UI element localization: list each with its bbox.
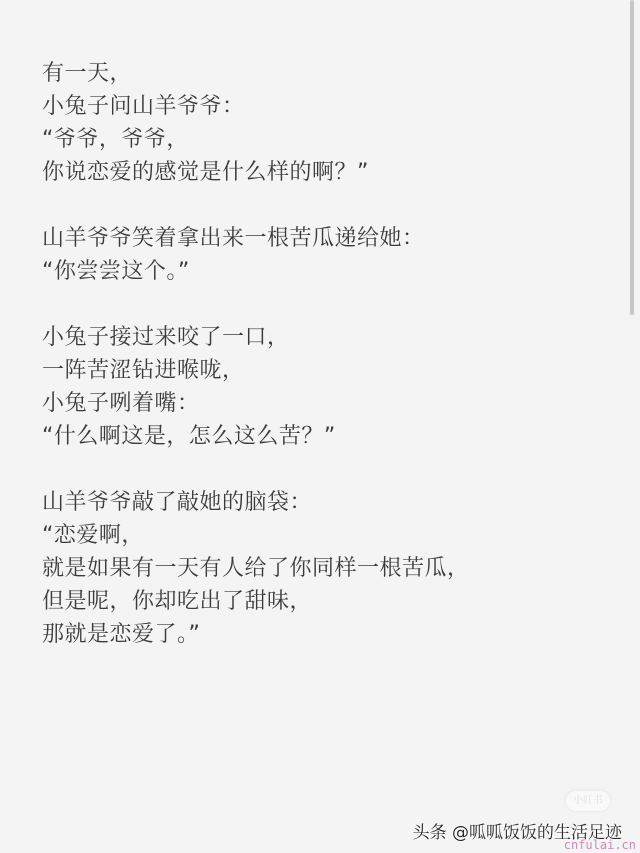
text-line: “你尝尝这个。” <box>42 255 620 288</box>
text-line: “爷爷，爷爷， <box>42 123 620 156</box>
text-line: 小兔子接过来咬了一口， <box>42 321 620 354</box>
text-line: “什么啊这是，怎么这么苦？” <box>42 420 620 453</box>
site-watermark: cnfulai.cn <box>564 838 636 852</box>
text-line: 就是如果有一天有人给了你同样一根苦瓜， <box>42 552 620 585</box>
story-text: 有一天， 小兔子问山羊爷爷： “爷爷，爷爷， 你说恋爱的感觉是什么样的啊？” 山… <box>42 57 620 684</box>
text-line: 小兔子问山羊爷爷： <box>42 90 620 123</box>
text-line: 有一天， <box>42 57 620 90</box>
app-watermark-badge: 小红书 <box>566 791 610 811</box>
paragraph-3: 小兔子接过来咬了一口， 一阵苦涩钻进喉咙， 小兔子咧着嘴： “什么啊这是，怎么这… <box>42 321 620 453</box>
note-page: 有一天， 小兔子问山羊爷爷： “爷爷，爷爷， 你说恋爱的感觉是什么样的啊？” 山… <box>0 0 640 853</box>
text-line: 山羊爷爷笑着拿出来一根苦瓜递给她： <box>42 222 620 255</box>
text-line: 小兔子咧着嘴： <box>42 387 620 420</box>
text-line: 你说恋爱的感觉是什么样的啊？” <box>42 156 620 189</box>
paragraph-2: 山羊爷爷笑着拿出来一根苦瓜递给她： “你尝尝这个。” <box>42 222 620 288</box>
text-line: 山羊爷爷敲了敲她的脑袋： <box>42 486 620 519</box>
text-line: 一阵苦涩钻进喉咙， <box>42 354 620 387</box>
text-line: 但是呢，你却吃出了甜味， <box>42 585 620 618</box>
paragraph-4: 山羊爷爷敲了敲她的脑袋： “恋爱啊， 就是如果有一天有人给了你同样一根苦瓜， 但… <box>42 486 620 651</box>
vertical-scrollbar[interactable] <box>630 0 634 315</box>
paragraph-1: 有一天， 小兔子问山羊爷爷： “爷爷，爷爷， 你说恋爱的感觉是什么样的啊？” <box>42 57 620 189</box>
text-line: 那就是恋爱了。” <box>42 618 620 651</box>
text-line: “恋爱啊， <box>42 519 620 552</box>
